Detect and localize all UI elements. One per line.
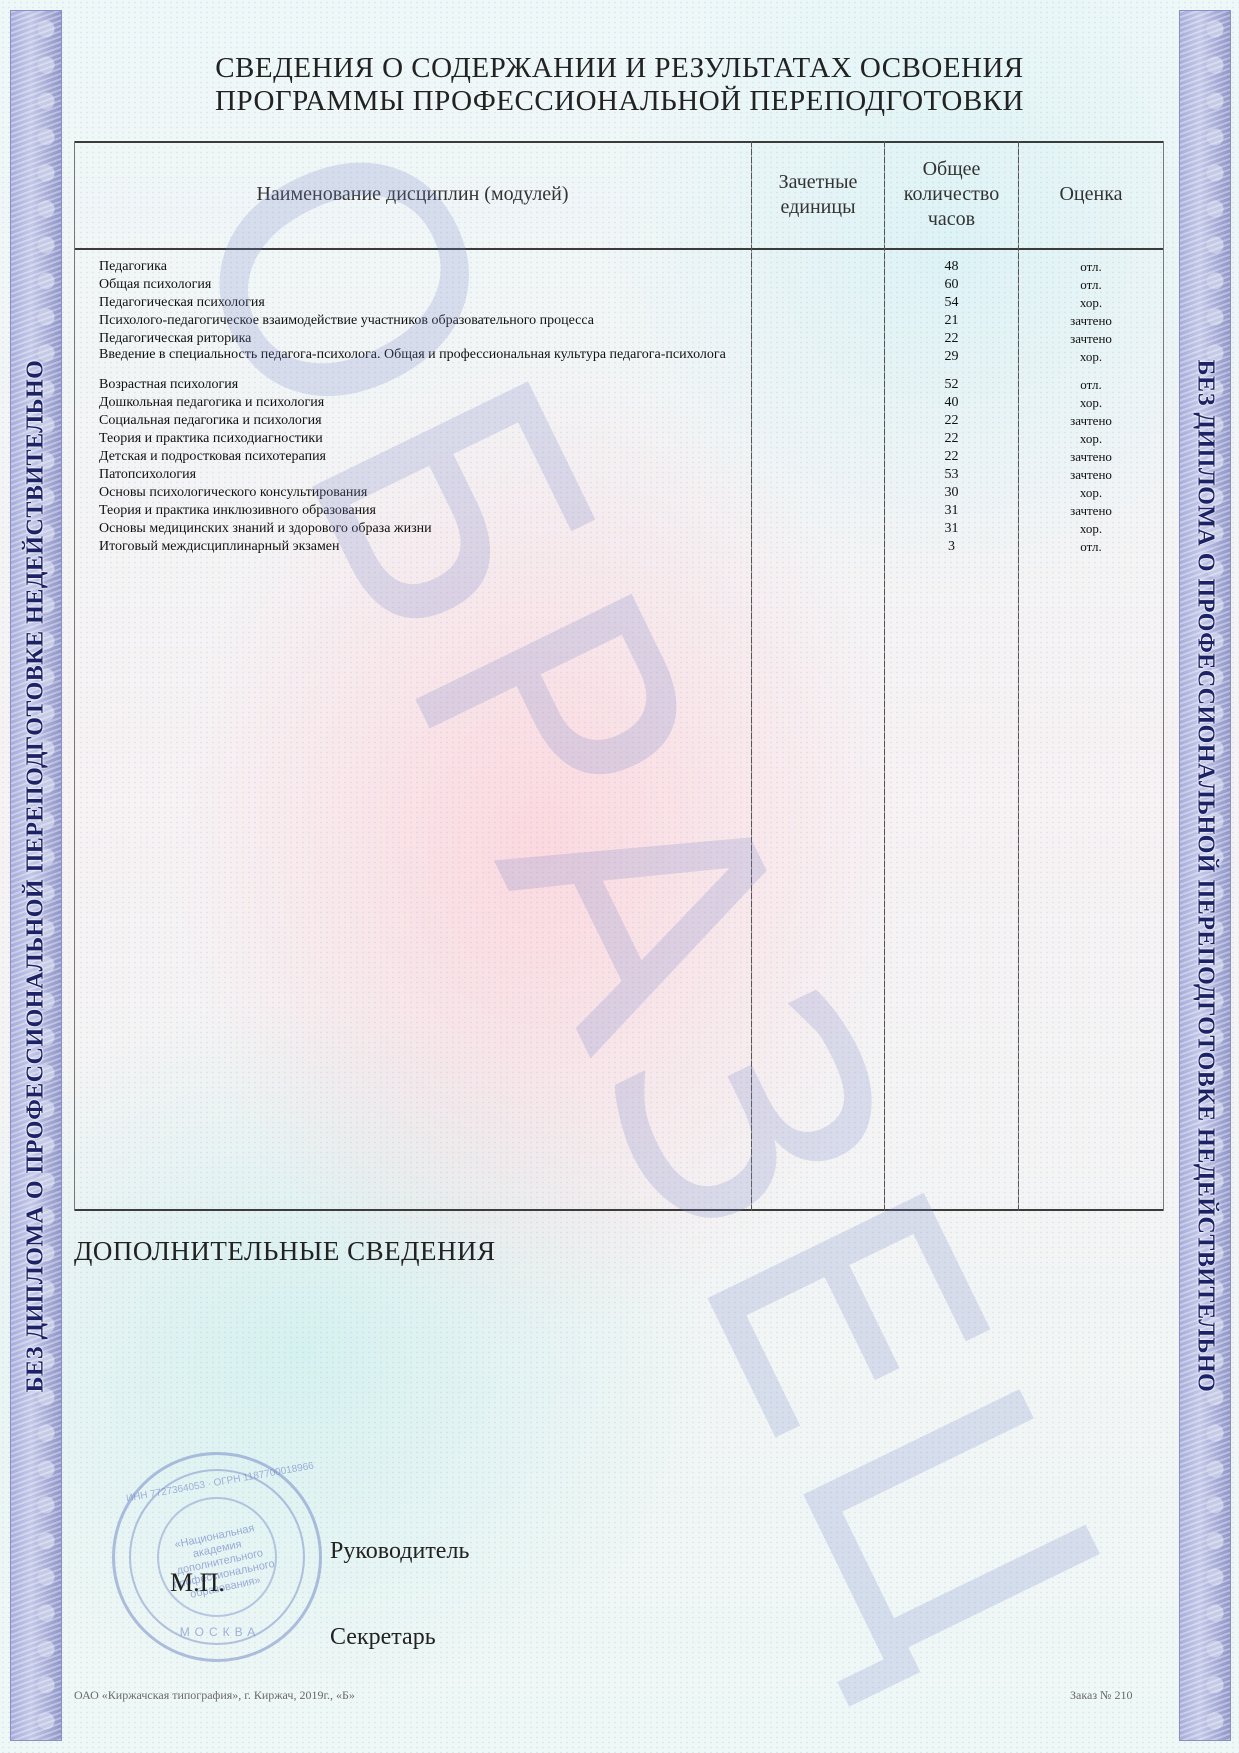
header-credit-units: Зачетные единицы: [752, 141, 884, 248]
cell-grade: зачтено: [1019, 413, 1163, 428]
cell-grade: хор.: [1019, 521, 1163, 536]
cell-discipline-name: Возрастная психология: [99, 377, 739, 392]
cell-grade: отл.: [1019, 277, 1163, 292]
cell-total-hours: 31: [885, 503, 1018, 518]
table-row: Теория и практика инклюзивного образован…: [74, 503, 1164, 521]
official-seal: ИНН 7727364053 · ОГРН 1187700018966 «Нац…: [112, 1452, 322, 1662]
title-line-1: СВЕДЕНИЯ О СОДЕРЖАНИИ И РЕЗУЛЬТАТАХ ОСВО…: [0, 52, 1239, 85]
table-row: Педагогическая психология54хор.: [74, 295, 1164, 313]
table-row: Дошкольная педагогика и психология40хор.: [74, 395, 1164, 413]
cell-total-hours: 31: [885, 521, 1018, 536]
cell-total-hours: 52: [885, 377, 1018, 392]
table-row: Социальная педагогика и психология22зачт…: [74, 413, 1164, 431]
diploma-supplement-page: БЕЗ ДИПЛОМА О ПРОФЕССИОНАЛЬНОЙ ПЕРЕПОДГО…: [0, 0, 1239, 1753]
table-header-rule: [74, 248, 1164, 250]
cell-total-hours: 53: [885, 467, 1018, 482]
header-total-hours: Общее количество часов: [885, 141, 1018, 248]
cell-total-hours: 22: [885, 449, 1018, 464]
table-row: Итоговый междисциплинарный экзамен3отл.: [74, 539, 1164, 557]
cell-grade: отл.: [1019, 539, 1163, 554]
right-border-text: БЕЗ ДИПЛОМА О ПРОФЕССИОНАЛЬНОЙ ПЕРЕПОДГО…: [1192, 359, 1219, 1392]
cell-total-hours: 30: [885, 485, 1018, 500]
cell-discipline-name: Дошкольная педагогика и психология: [99, 395, 739, 410]
signature-head-label: Руководитель: [330, 1538, 469, 1565]
signature-secretary-label: Секретарь: [330, 1624, 436, 1651]
cell-grade: отл.: [1019, 377, 1163, 392]
cell-total-hours: 21: [885, 313, 1018, 328]
printer-imprint: ОАО «Киржачская типография», г. Киржач, …: [74, 1688, 355, 1703]
table-row: Основы медицинских знаний и здорового об…: [74, 521, 1164, 539]
left-border-text: БЕЗ ДИПЛОМА О ПРОФЕССИОНАЛЬНОЙ ПЕРЕПОДГО…: [23, 359, 50, 1392]
left-guilloche-border: БЕЗ ДИПЛОМА О ПРОФЕССИОНАЛЬНОЙ ПЕРЕПОДГО…: [10, 10, 62, 1741]
cell-grade: зачтено: [1019, 467, 1163, 482]
cell-total-hours: 22: [885, 331, 1018, 346]
page-title: СВЕДЕНИЯ О СОДЕРЖАНИИ И РЕЗУЛЬТАТАХ ОСВО…: [0, 52, 1239, 118]
cell-grade: хор.: [1019, 349, 1163, 364]
cell-discipline-name: Теория и практика психодиагностики: [99, 431, 739, 446]
cell-grade: хор.: [1019, 485, 1163, 500]
header-discipline-name: Наименование дисциплин (модулей): [74, 141, 751, 248]
cell-total-hours: 60: [885, 277, 1018, 292]
seal-city: МОСКВА: [115, 1625, 325, 1639]
cell-total-hours: 54: [885, 295, 1018, 310]
cell-total-hours: 22: [885, 431, 1018, 446]
additional-info-title: ДОПОЛНИТЕЛЬНЫЕ СВЕДЕНИЯ: [74, 1236, 496, 1267]
table-row: Педагогика48отл.: [74, 259, 1164, 277]
cell-total-hours: 3: [885, 539, 1018, 554]
table-row: Теория и практика психодиагностики22хор.: [74, 431, 1164, 449]
cell-discipline-name: Теория и практика инклюзивного образован…: [99, 503, 739, 518]
table-row: Общая психология60отл.: [74, 277, 1164, 295]
cell-discipline-name: Общая психология: [99, 277, 739, 292]
table-row: Возрастная психология52отл.: [74, 377, 1164, 395]
table-row: Введение в специальность педагога-психол…: [74, 349, 1164, 377]
cell-discipline-name: Педагогическая риторика: [99, 331, 739, 346]
cell-total-hours: 40: [885, 395, 1018, 410]
table-row: Патопсихология53зачтено: [74, 467, 1164, 485]
right-guilloche-border: БЕЗ ДИПЛОМА О ПРОФЕССИОНАЛЬНОЙ ПЕРЕПОДГО…: [1179, 10, 1231, 1741]
cell-total-hours: 48: [885, 259, 1018, 274]
cell-grade: хор.: [1019, 295, 1163, 310]
cell-grade: зачтено: [1019, 449, 1163, 464]
cell-discipline-name: Основы медицинских знаний и здорового об…: [99, 521, 739, 536]
cell-discipline-name: Педагогика: [99, 259, 739, 274]
table-row: Основы психологического консультирования…: [74, 485, 1164, 503]
cell-discipline-name: Детская и подростковая психотерапия: [99, 449, 739, 464]
cell-discipline-name: Патопсихология: [99, 467, 739, 482]
cell-discipline-name: Итоговый междисциплинарный экзамен: [99, 539, 739, 554]
cell-total-hours: 29: [885, 349, 1018, 364]
cell-discipline-name: Педагогическая психология: [99, 295, 739, 310]
seal-place-label: М.П.: [170, 1568, 225, 1598]
cell-grade: зачтено: [1019, 313, 1163, 328]
order-number: Заказ № 210: [1070, 1688, 1133, 1703]
header-grade: Оценка: [1019, 141, 1163, 248]
table-row: Детская и подростковая психотерапия22зач…: [74, 449, 1164, 467]
cell-grade: зачтено: [1019, 331, 1163, 346]
cell-discipline-name: Введение в специальность педагога-психол…: [99, 349, 739, 360]
cell-discipline-name: Психолого-педагогическое взаимодействие …: [99, 313, 739, 328]
cell-discipline-name: Социальная педагогика и психология: [99, 413, 739, 428]
cell-grade: хор.: [1019, 431, 1163, 446]
cell-grade: зачтено: [1019, 503, 1163, 518]
disciplines-table: Наименование дисциплин (модулей) Зачетны…: [74, 141, 1164, 1211]
cell-grade: отл.: [1019, 259, 1163, 274]
table-body: Педагогика48отл.Общая психология60отл.Пе…: [74, 259, 1164, 557]
table-bottom-rule: [74, 1209, 1164, 1211]
cell-discipline-name: Основы психологического консультирования: [99, 485, 739, 500]
cell-total-hours: 22: [885, 413, 1018, 428]
cell-grade: хор.: [1019, 395, 1163, 410]
title-line-2: ПРОГРАММЫ ПРОФЕССИОНАЛЬНОЙ ПЕРЕПОДГОТОВК…: [0, 85, 1239, 118]
table-row: Психолого-педагогическое взаимодействие …: [74, 313, 1164, 331]
